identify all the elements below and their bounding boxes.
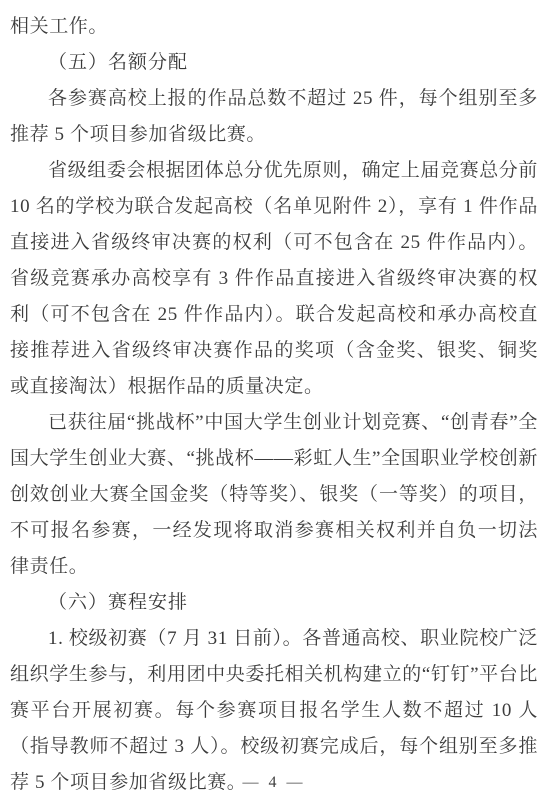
paragraph-provincial-committee-rules: 省级组委会根据团体总分优先原则，确定上届竞赛总分前 10 名的学校为联合发起高校…: [10, 153, 538, 405]
numbered-item-body: 各普通高校、职业院校广泛组织学生参与，利用团中央委托相关机构建立的“钉钉”平台比…: [10, 628, 538, 793]
document-page: 相关工作。 （五）名额分配 各参赛高校上报的作品总数不超过 25 件，每个组别至…: [0, 0, 548, 799]
paragraph-school-preliminary: 1. 校级初赛（7 月 31 日前）。各普通高校、职业院校广泛组织学生参与，利用…: [10, 621, 538, 799]
section-heading-quota-allocation: （五）名额分配: [10, 45, 538, 81]
paragraph-continuation: 相关工作。: [10, 9, 538, 45]
paragraph-prior-winners-restriction: 已获往届“挑战杯”中国大学生创业计划竞赛、“创青春”全国大学生创业大赛、“挑战杯…: [10, 405, 538, 585]
section-heading-schedule: （六）赛程安排: [10, 585, 538, 621]
paragraph-quota-limit: 各参赛高校上报的作品总数不超过 25 件，每个组别至多推荐 5 个项目参加省级比…: [10, 81, 538, 153]
numbered-item-lead: 1. 校级初赛（7 月 31 日前）。: [48, 628, 302, 649]
page-number: — 4 —: [0, 774, 548, 792]
